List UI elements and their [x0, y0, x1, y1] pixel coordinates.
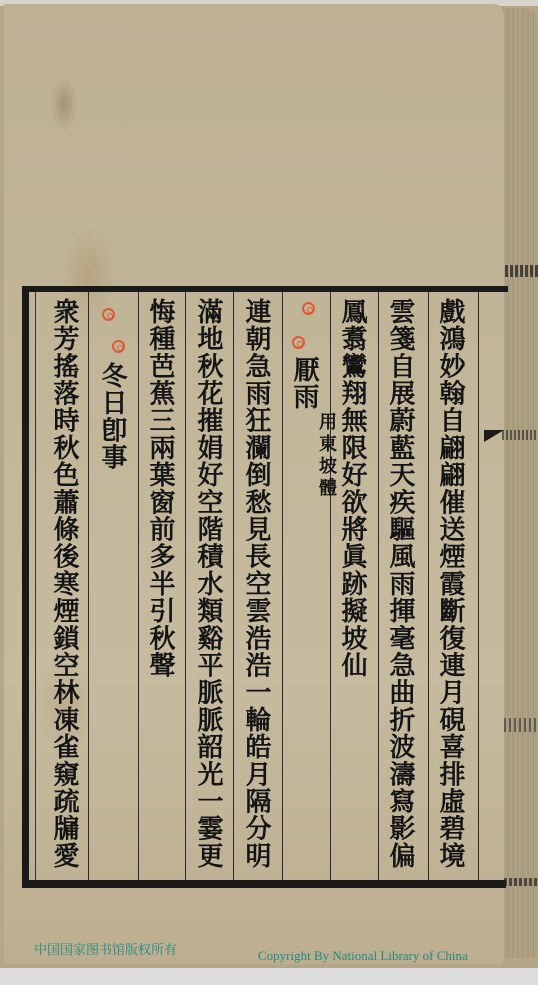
fishtail-mark	[484, 430, 538, 450]
red-circle-mark	[302, 302, 315, 315]
frame-inner-rule	[35, 292, 36, 880]
column-rule	[378, 292, 379, 880]
frame-border-top	[22, 286, 508, 292]
text-column-9: 衆芳搖落時秋色蕭條後寒煙鎖空林凍雀窺疏牖愛	[48, 298, 80, 869]
page-stack-edge	[500, 8, 538, 958]
scan-bottom-margin	[0, 968, 538, 985]
stack-edge-mark	[504, 718, 538, 732]
column-rule	[330, 292, 331, 880]
poem-title-yanyu: 厭雨	[288, 356, 320, 410]
poem-subtitle: 用東坡體	[310, 412, 342, 500]
red-circle-mark	[102, 308, 115, 321]
copyright-en: Copyright By National Library of China	[258, 948, 468, 964]
red-circle-mark	[292, 336, 305, 349]
column-rule	[478, 292, 479, 880]
column-rule	[88, 292, 89, 880]
column-rule	[138, 292, 139, 880]
column-rule	[428, 292, 429, 880]
stack-edge-mark	[504, 878, 538, 886]
frame-border-bottom	[22, 880, 506, 888]
text-column-6: 滿地秋花摧娟好空階積水類谿平脈脈韶光一霎更	[192, 298, 224, 869]
poem-title-dongri: 冬日卽事	[96, 362, 128, 471]
frame-border-left	[22, 286, 29, 888]
red-circle-mark	[112, 340, 125, 353]
column-rule	[282, 292, 283, 880]
text-column-7: 悔種芭蕉三兩葉窗前多半引秋聲	[144, 298, 176, 679]
column-rule	[185, 292, 186, 880]
text-column-5: 連朝急雨狂瀾倒愁見長空雲浩浩一輪皓月隔分明	[240, 298, 272, 869]
text-column-2: 雲箋自展蔚藍天疾驅風雨揮毫急曲折波濤寫影偏	[384, 298, 416, 869]
column-rule	[233, 292, 234, 880]
stack-edge-mark	[505, 265, 538, 277]
text-column-1: 戲鴻妙翰自翩翩催送煙霞斷復連月硯喜排虛碧境	[434, 298, 466, 869]
copyright-cn: 中国国家图书馆版权所有	[34, 939, 177, 958]
